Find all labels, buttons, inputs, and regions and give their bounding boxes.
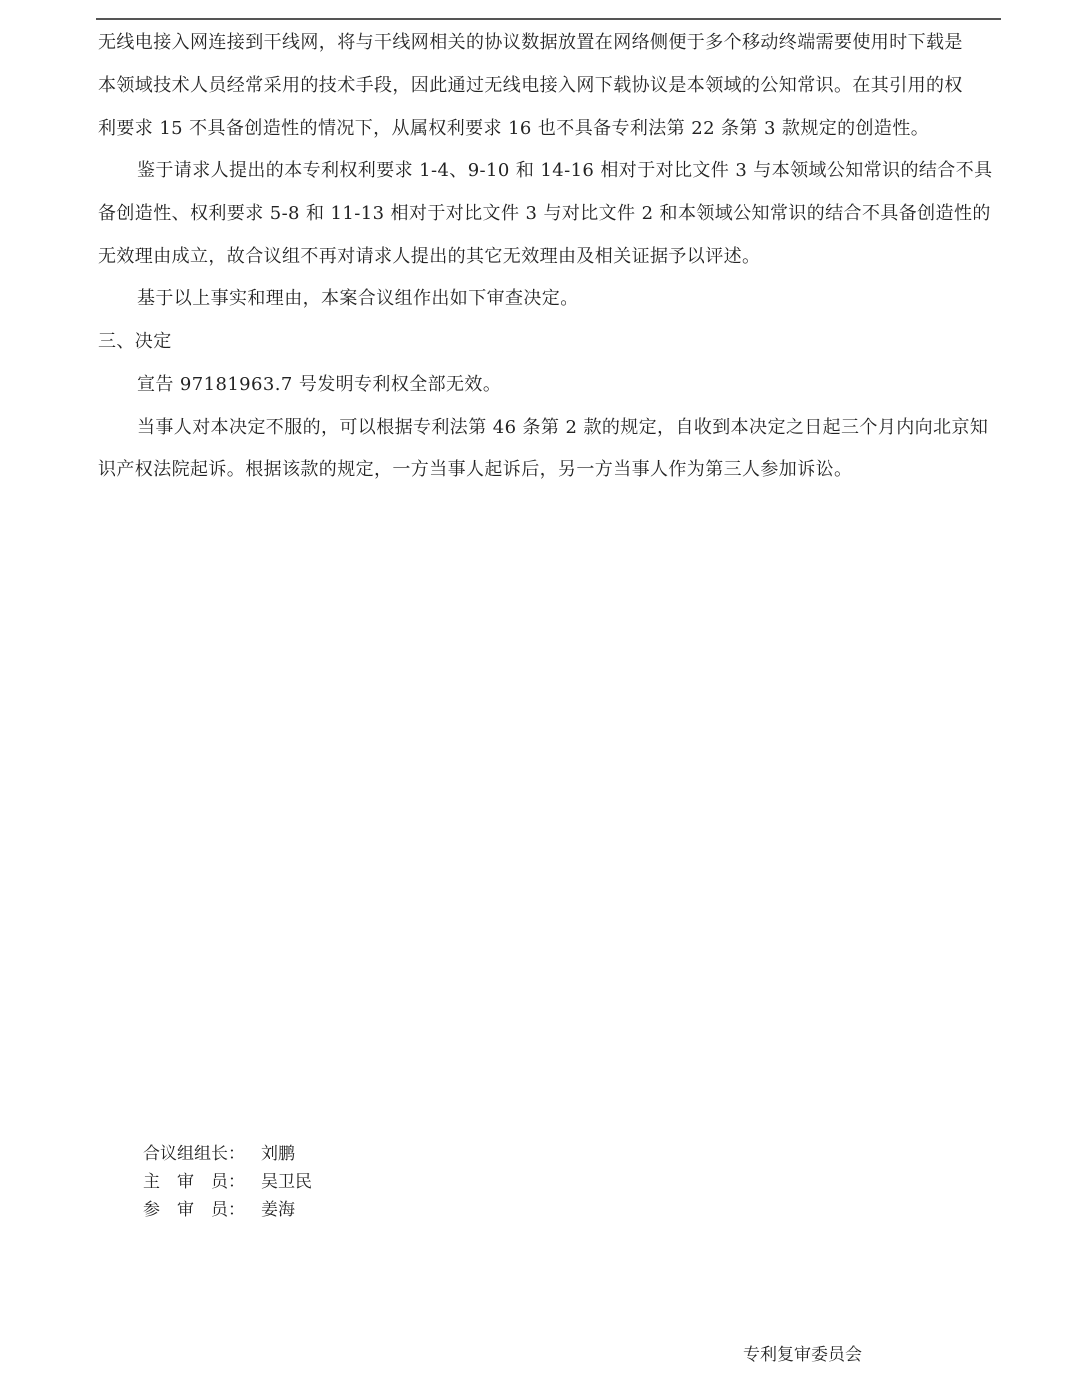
signature-role: 参 审 员：: [143, 1199, 261, 1221]
paragraph-line: 本领域技术人员经常采用的技术手段，因此通过无线电接入网下载协议是本领域的公知常识…: [98, 75, 1003, 97]
paragraph-line: 当事人对本决定不服的，可以根据专利法第 46 条第 2 款的规定，自收到本决定之…: [137, 417, 1042, 439]
decision-statement: 宣告 97181963.7 号发明专利权全部无效。: [137, 374, 1042, 396]
signature-role: 主 审 员：: [143, 1171, 261, 1193]
section-heading: 三、决定: [98, 331, 1003, 353]
signature-role: 合议组组长：: [143, 1143, 261, 1165]
signature-name: 刘鹏: [261, 1143, 295, 1165]
paragraph-line: 备创造性、权利要求 5-8 和 11-13 相对于对比文件 3 与对比文件 2 …: [98, 203, 1003, 225]
signature-row-examiner: 参 审 员：姜海: [143, 1199, 295, 1221]
header-rule: [96, 18, 1001, 20]
paragraph-line: 利要求 15 不具备创造性的情况下，从属权利要求 16 也不具备专利法第 22 …: [98, 118, 1003, 140]
signature-name: 吴卫民: [261, 1171, 312, 1193]
signature-row-chair: 合议组组长：刘鹏: [143, 1143, 295, 1165]
signature-name: 姜海: [261, 1199, 295, 1221]
paragraph-line: 识产权法院起诉。根据该款的规定，一方当事人起诉后，另一方当事人作为第三人参加诉讼…: [98, 459, 1003, 481]
paragraph-line: 无线电接入网连接到干线网，将与干线网相关的协议数据放置在网络侧便于多个移动终端需…: [98, 32, 1003, 54]
paragraph-line: 鉴于请求人提出的本专利权利要求 1-4、9-10 和 14-16 相对于对比文件…: [137, 160, 1042, 182]
paragraph-line: 基于以上事实和理由，本案合议组作出如下审查决定。: [137, 288, 1042, 310]
issuing-organization: 专利复审委员会: [743, 1344, 862, 1366]
paragraph-line: 无效理由成立，故合议组不再对请求人提出的其它无效理由及相关证据予以评述。: [98, 246, 1003, 268]
signature-row-lead-examiner: 主 审 员：吴卫民: [143, 1171, 312, 1193]
